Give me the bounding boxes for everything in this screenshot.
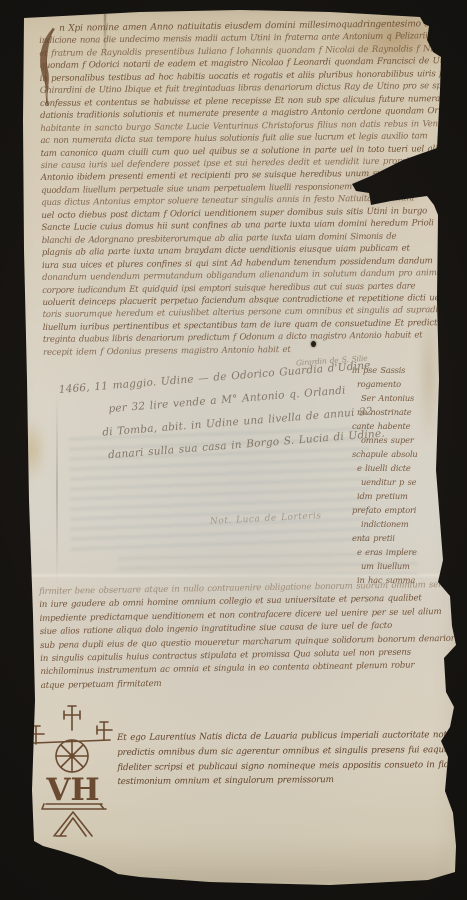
notarial-sign: VH <box>26 702 118 838</box>
margin-line: e eras implere <box>352 545 442 559</box>
right-cross-icon <box>97 722 112 740</box>
margin-line: prefato emptori <box>352 503 442 517</box>
margin-line: e liuelli dicte <box>352 461 442 475</box>
crease-mark-middle <box>56 395 58 585</box>
left-cross-icon <box>29 726 44 744</box>
notary-subscription-block: Et ego Laurentius Natis dicta de Lauaria… <box>117 728 452 790</box>
parchment: n Xpi nomine amen Anno natiuitatis eiusd… <box>0 0 467 900</box>
closing-text-block: firmiter bene obseruare atque in nullo c… <box>39 579 443 693</box>
margin-line: uenditur p se <box>352 475 442 489</box>
archivist-note-italian: 1466, 11 maggio. Udine — de Odorico Guar… <box>58 354 384 471</box>
photo-background: n Xpi nomine amen Anno natiuitatis eiusd… <box>0 0 467 900</box>
margin-line: schapule absolu <box>352 447 442 461</box>
margin-line: idm pretium <box>352 489 442 503</box>
margin-line: indictionem <box>352 517 442 531</box>
tent-icon <box>54 812 92 836</box>
margin-line: enta pretii <box>352 531 442 545</box>
margin-line: um liuellum <box>352 559 442 573</box>
subscription-line: testimonium omnium et singulorum premiss… <box>117 772 451 790</box>
top-cross-icon <box>64 706 80 730</box>
main-text-block: n Xpi nomine amen Anno natiuitatis eiusd… <box>39 18 441 359</box>
stain-bottom-band <box>30 838 450 884</box>
notary-name-note: Not. Luca de Lorteris <box>210 511 322 527</box>
notary-monogram: VH <box>45 772 99 808</box>
stain-left-edge <box>18 418 46 482</box>
